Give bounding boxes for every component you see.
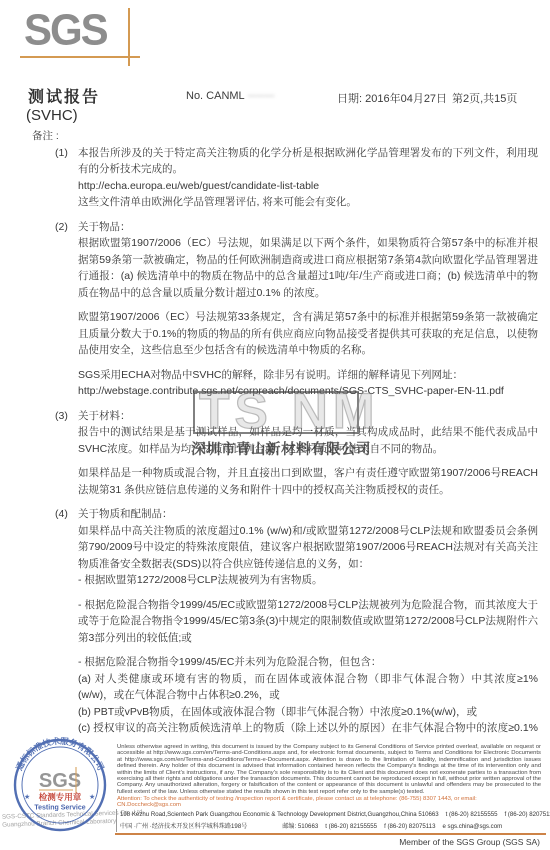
note-paragraph: - 根据欧盟第1272/2008号CLP法规被列为有害物质。	[78, 572, 538, 589]
note-paragraph: 本报告所涉及的关于特定高关注物质的化学分析是根据欧洲化学品管理署发布的下列文件，…	[78, 145, 538, 178]
address-en-text: 198 Kezhu Road,Scientech Park Guangzhou …	[120, 809, 439, 821]
report-subtitle: (SVHC)	[26, 107, 78, 124]
note-paragraph: (c) 授权审议的高关注物质候选清单上的物质（除上述以外的原因）在非气体混合物中…	[78, 720, 538, 738]
address-en-fax: f (86-20) 82075113	[505, 809, 550, 821]
report-date: 日期: 2016年04月27日	[337, 90, 447, 106]
address-cn-email: e sgs.china@sgs.com	[442, 821, 502, 833]
logo-crosshair-hline-icon	[20, 56, 140, 58]
note-url: http://echa.europa.eu/web/guest/candidat…	[78, 178, 538, 195]
report-number-label: No. CANML	[186, 90, 244, 102]
note-paragraph: (b) PBT或vPvB物质，在固体或液体混合物（即非气体混合物）中浓度≥0.1…	[78, 704, 538, 721]
watermark-company-name: 深圳市青山新材料有限公司	[191, 438, 371, 459]
note-item-2: (2) 关于物品： 根据欧盟第1907/2006（EC）号法规，如果满足以下两个…	[55, 219, 538, 400]
report-number: No. CANML ··········	[186, 90, 274, 102]
footer-address-block: 198 Kezhu Road,Scientech Park Guangzhou …	[116, 809, 550, 832]
note-paragraph: 欧盟第1907/2006（EC）号法规第33条规定，含有满足第57条中的标准并根…	[78, 309, 538, 359]
note-number: (3)	[55, 408, 78, 499]
footer-attention: Attention: To check the authenticity of …	[117, 796, 541, 809]
address-cn-fax: f (86-20) 82075113	[384, 821, 435, 833]
address-en-tel: t (86-20) 82155555	[446, 809, 498, 821]
page-indicator: 第2页,共15页	[452, 90, 517, 106]
note-number: (4)	[55, 506, 78, 738]
logo-crosshair-vline-icon	[128, 8, 130, 66]
member-line: Member of the SGS Group (SGS SA)	[399, 837, 540, 847]
note-number: (2)	[55, 219, 78, 400]
footer-address-cn: 中国 ·广州 ·经济技术开发区科学城科珠路198号 邮编: 510663 t (…	[120, 821, 550, 833]
note-item-4: (4) 关于物质和配制品： 如果样品中高关注物质的浓度超过0.1% (w/w)和…	[55, 506, 538, 738]
footer-orange-rule	[115, 833, 546, 835]
note-title: 关于物品：	[78, 219, 538, 236]
notes-heading: 备注 :	[32, 128, 538, 145]
note-paragraph: (a) 对人类健康或环境有害的物质，而在固体或液体混合物（即非气体混合物）中其浓…	[78, 671, 538, 704]
report-page: SGS 测试报告 (SVHC) No. CANML ·········· 日期:…	[0, 0, 550, 850]
stamp-star-right-icon: ★	[89, 793, 95, 801]
address-cn-text: 中国 ·广州 ·经济技术开发区科学城科珠路198号	[120, 821, 247, 833]
note-paragraph: SGS采用ECHA对物品中SVHC的解释，除非另有说明。详细的解释请见下列网址：	[78, 367, 538, 384]
stamp-sgs-text: SGS	[39, 770, 81, 792]
note-item-1: (1) 本报告所涉及的关于特定高关注物质的化学分析是根据欧洲化学品管理署发布的下…	[55, 145, 538, 211]
note-number: (1)	[55, 145, 78, 211]
note-paragraph: 如果样品中高关注物质的浓度超过0.1% (w/w)和/或欧盟第1272/2008…	[78, 523, 538, 573]
note-paragraph: 如果样品是一种物质或混合物，并且直接出口到欧盟，客户有责任遵守欧盟第1907/2…	[78, 465, 538, 498]
sgs-logo: SGS	[24, 5, 107, 54]
note-paragraph: - 根据危险混合物指令1999/45/EC并未列为危险混合物，但包含：	[78, 654, 538, 671]
report-title: 测试报告	[28, 84, 100, 107]
footer-disclaimer: Unless otherwise agreed in writing, this…	[117, 744, 541, 795]
stamp-star-left-icon: ★	[24, 793, 30, 801]
note-paragraph: 根据欧盟第1907/2006（EC）号法规，如果满足以下两个条件，如果物质符合第…	[78, 235, 538, 301]
stamp-seal-en: Testing Service	[34, 805, 85, 812]
watermark-letters: TS NM	[199, 382, 380, 440]
address-cn-tel: t (86-20) 82155555	[325, 821, 377, 833]
note-paragraph: 这些文件清单由欧洲化学品管理署评估, 将来可能会有变化。	[78, 194, 538, 211]
stamp-seal-cn: 检测专用章	[39, 792, 82, 802]
report-number-obscured: ··········	[247, 90, 274, 102]
testing-service-stamp: 通标标准技术服务有限公司 ★ ★ SGS 检测专用章 Testing Servi…	[12, 737, 108, 833]
note-paragraph: - 根据危险混合物指令1999/45/EC或欧盟第1272/2008号CLP法规…	[78, 597, 538, 647]
address-cn-post: 邮编: 510663	[282, 821, 318, 833]
footer-address-en: 198 Kezhu Road,Scientech Park Guangzhou …	[120, 809, 550, 821]
note-title: 关于物质和配制品：	[78, 506, 538, 523]
